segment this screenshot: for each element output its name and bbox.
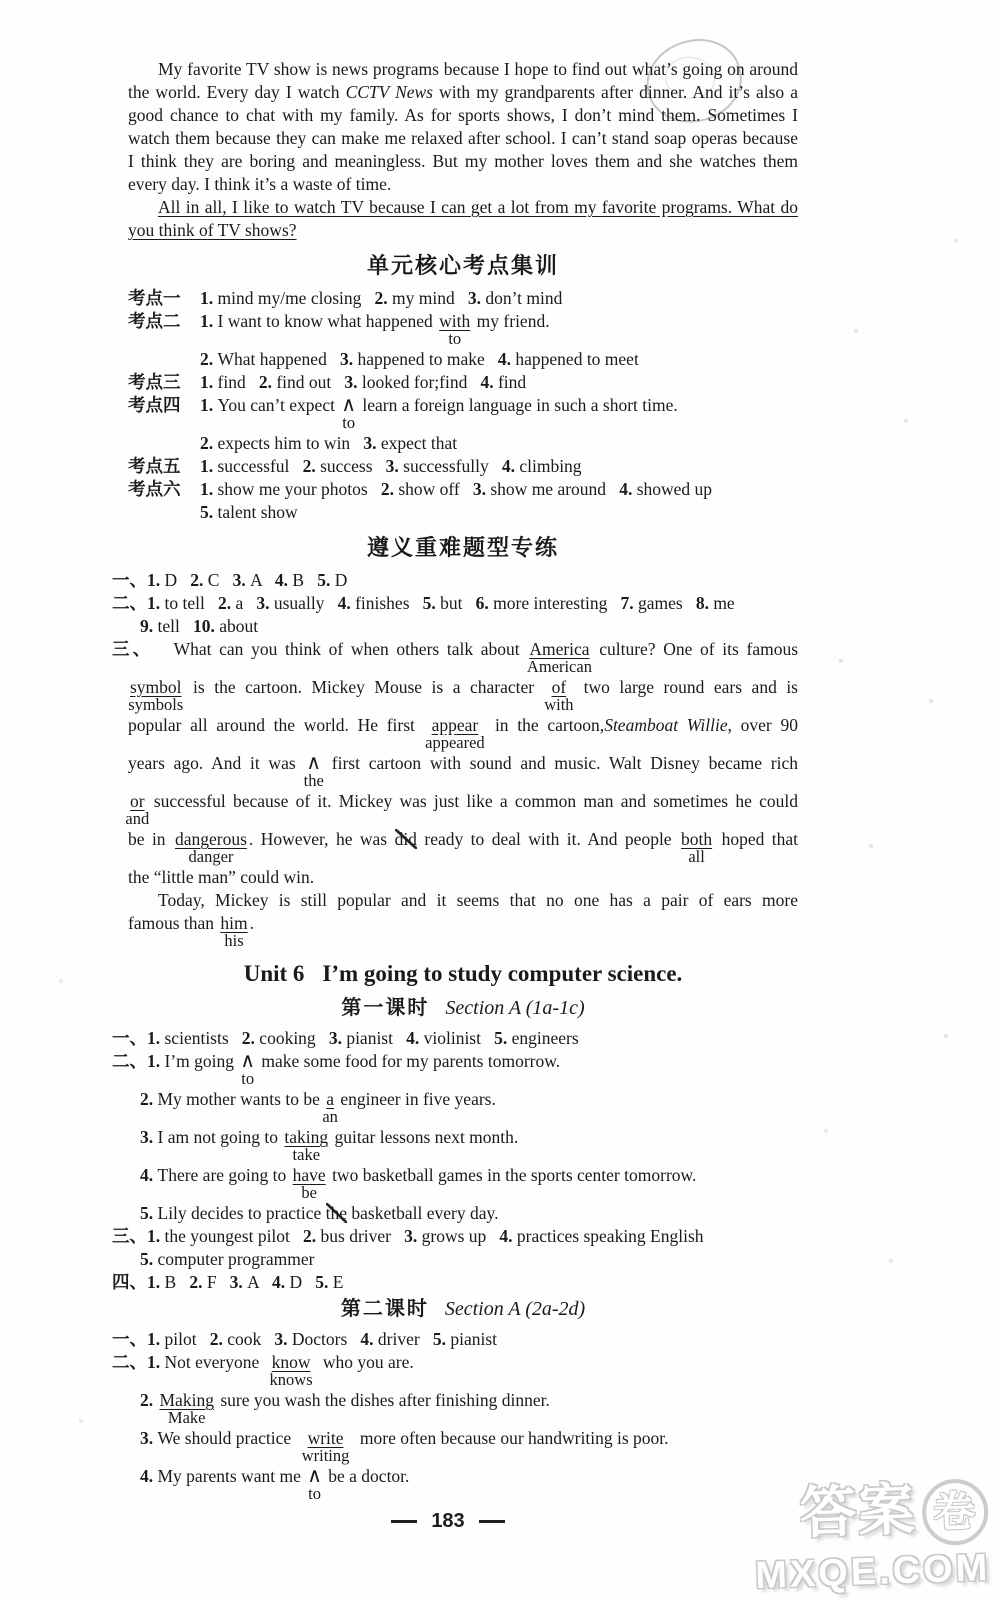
document-content: My favorite TV show is news programs bec… bbox=[128, 58, 798, 1503]
marked-word: both bbox=[681, 829, 712, 849]
marked-word: know bbox=[272, 1352, 311, 1372]
item-number: 3. bbox=[404, 1226, 422, 1246]
text-segment: successful bbox=[218, 456, 303, 476]
text-segment: B bbox=[165, 1272, 190, 1292]
lesson-name-en: Section A (2a-2d) bbox=[445, 1298, 585, 1320]
text-segment: . However, he was bbox=[249, 829, 395, 849]
text-segment: expects him to win bbox=[218, 433, 364, 453]
text-segment: showed up bbox=[637, 479, 712, 499]
text-segment: guitar lessons next month. bbox=[330, 1127, 518, 1147]
text-segment: D bbox=[165, 570, 191, 590]
text-line: be in dangerousdanger. However, he was d… bbox=[128, 828, 798, 866]
item-number: 5. bbox=[433, 1329, 451, 1349]
item-number: 三、 bbox=[112, 639, 154, 659]
item-number: 3. bbox=[340, 349, 358, 369]
item-number: 4. bbox=[275, 570, 293, 590]
text-segment: popular all around the world. He first bbox=[128, 715, 424, 735]
corrected-word: AmericaAmerican bbox=[529, 638, 589, 661]
text-segment: show me your photos bbox=[218, 479, 381, 499]
item-number: 5. bbox=[200, 502, 218, 522]
text-line: 3. We should practice writewriting more … bbox=[140, 1427, 798, 1465]
corrected-word: writewriting bbox=[308, 1427, 344, 1450]
text-line: 3. I am not going to takingtake guitar l… bbox=[140, 1126, 798, 1164]
scan-noise bbox=[0, 0, 2, 2]
text-segment: grows up bbox=[422, 1226, 500, 1246]
correction-text: with bbox=[544, 697, 573, 713]
lesson-name-en: Section A (1a-1c) bbox=[445, 997, 584, 1019]
item-number: 3. bbox=[233, 570, 251, 590]
text-segment: looked for;find bbox=[362, 372, 481, 392]
item-number: 4. bbox=[406, 1028, 424, 1048]
text-segment: Lily decides to practice bbox=[158, 1203, 326, 1223]
text-segment: show me around bbox=[490, 479, 619, 499]
lesson-name-cn: 第一课时 bbox=[341, 997, 429, 1019]
item-number: 3. bbox=[363, 433, 381, 453]
watermark-brand: 答案卷 bbox=[752, 1477, 989, 1552]
marked-word: or bbox=[130, 791, 145, 811]
marked-word: write bbox=[308, 1428, 344, 1448]
text-segment: is the cartoon. Mickey Mouse is a charac… bbox=[184, 677, 544, 697]
watermark-brand-circle-icon: 卷 bbox=[921, 1478, 989, 1546]
text-segment: You can’t expect bbox=[218, 395, 340, 415]
text-segment: happened to meet bbox=[515, 349, 638, 369]
marked-word: dangerous bbox=[175, 829, 247, 849]
text-segment: scientists bbox=[165, 1028, 242, 1048]
correction-text: to bbox=[448, 331, 461, 347]
text-segment: two large round ears and is bbox=[574, 677, 798, 697]
item-number: 2. bbox=[303, 1226, 321, 1246]
item-number: 2. bbox=[140, 1390, 158, 1410]
text-segment: the “little man” could win. bbox=[128, 867, 314, 887]
text-segment: My favorite TV show is news programs bec… bbox=[158, 59, 798, 79]
heading-section: 单元核心考点集训 bbox=[128, 252, 798, 279]
text-line: 考点六1. show me your photos 2. show off 3.… bbox=[128, 478, 798, 501]
item-number: 1. bbox=[147, 1051, 165, 1071]
item-number: 2. bbox=[189, 1272, 207, 1292]
list-label: 考点五 bbox=[128, 455, 200, 478]
item-number: 9. bbox=[140, 616, 158, 636]
text-line: years ago. And it was ∧the first cartoon… bbox=[128, 752, 798, 790]
heading-section: 遵义重难题型专练 bbox=[128, 534, 798, 561]
text-line: 考点三1. find 2. find out 3. looked for;fin… bbox=[128, 371, 798, 394]
text-line: 四、1. B 2. F 3. A 4. D 5. E bbox=[112, 1271, 798, 1294]
text-segment: expect that bbox=[381, 433, 457, 453]
item-number: 4. bbox=[272, 1272, 290, 1292]
text-segment: find out bbox=[276, 372, 344, 392]
correction-text: be bbox=[301, 1185, 317, 1201]
lesson-name-cn: 第二课时 bbox=[341, 1298, 429, 1320]
corrected-word: havebe bbox=[293, 1164, 326, 1187]
text-segment: my mind bbox=[392, 288, 468, 308]
text-segment: me bbox=[713, 593, 734, 613]
text-segment: A bbox=[250, 570, 275, 590]
item-number: 1. bbox=[147, 570, 165, 590]
text-segment: every day. I think it’s a waste of time. bbox=[128, 174, 391, 194]
text-segment: don’t mind bbox=[485, 288, 562, 308]
item-number: 4. bbox=[140, 1165, 158, 1185]
item-number: 一、 bbox=[112, 570, 147, 590]
watermark-brand-text: 答案 bbox=[799, 1477, 917, 1544]
item-number: 1. bbox=[147, 593, 165, 613]
text-segment: famous than bbox=[128, 913, 218, 933]
text-segment: two basketball games in the sports cente… bbox=[328, 1165, 697, 1185]
item-number: 3. bbox=[274, 1329, 292, 1349]
item-number: 4. bbox=[140, 1466, 158, 1486]
text-segment: usually bbox=[274, 593, 338, 613]
item-number: 3. bbox=[473, 479, 491, 499]
item-number: 2. bbox=[210, 1329, 228, 1349]
insertion-caret: ∧to bbox=[341, 394, 356, 417]
footer-dash-right bbox=[479, 1520, 505, 1523]
text-segment: Steamboat Willie bbox=[604, 715, 727, 735]
text-line: 4. My parents want me ∧to be a doctor. bbox=[140, 1465, 798, 1503]
text-segment: , over 90 bbox=[728, 715, 798, 735]
text-segment: engineer in five years. bbox=[336, 1089, 496, 1109]
item-number: 3. bbox=[140, 1428, 158, 1448]
text-segment: C bbox=[208, 570, 233, 590]
text-line: the world. Every day I watch CCTV News w… bbox=[128, 81, 798, 104]
text-segment: B bbox=[292, 570, 317, 590]
item-number: 四、 bbox=[112, 1272, 147, 1292]
text-segment: ready to deal with it. And people bbox=[417, 829, 679, 849]
list-label: 考点六 bbox=[128, 478, 200, 501]
item-number: 二、 bbox=[112, 1352, 147, 1372]
correction-text: all bbox=[688, 849, 705, 865]
list-label: 考点四 bbox=[128, 394, 200, 417]
deleted-word: did bbox=[395, 829, 417, 849]
corrected-word: himhis bbox=[220, 912, 247, 935]
text-segment: I am not going to bbox=[158, 1127, 283, 1147]
item-number: 3. bbox=[386, 456, 404, 476]
text-segment: What can you think of when others talk a… bbox=[174, 639, 528, 659]
correction-text: to bbox=[241, 1071, 254, 1087]
text-segment: Doctors bbox=[292, 1329, 361, 1349]
marked-word: of bbox=[552, 677, 567, 697]
correction-text: and bbox=[125, 811, 149, 827]
text-segment: D bbox=[335, 570, 348, 590]
text-line: popular all around the world. He first a… bbox=[128, 714, 798, 752]
correction-text: Make bbox=[168, 1410, 206, 1426]
item-number: 3. bbox=[230, 1272, 248, 1292]
text-segment: a bbox=[235, 593, 256, 613]
heading-unit: Unit 6I’m going to study computer scienc… bbox=[128, 959, 798, 989]
item-number: 4. bbox=[360, 1329, 378, 1349]
heading-lesson: 第一课时Section A (1a-1c) bbox=[128, 995, 798, 1021]
item-number: 2. bbox=[190, 570, 208, 590]
item-number: 2. bbox=[259, 372, 277, 392]
page-number: 183 bbox=[431, 1510, 464, 1533]
item-number: 1. bbox=[200, 311, 218, 331]
text-segment: cooking bbox=[259, 1028, 329, 1048]
marked-word: with bbox=[439, 311, 470, 331]
item-number: 1. bbox=[200, 395, 218, 415]
text-segment: driver bbox=[378, 1329, 433, 1349]
text-line: I think they are boring and meaningless.… bbox=[128, 150, 798, 173]
list-label: 考点二 bbox=[128, 310, 200, 333]
text-segment: Not everyone bbox=[165, 1352, 264, 1372]
text-segment: hoped that bbox=[714, 829, 798, 849]
correction-text: take bbox=[293, 1147, 320, 1163]
list-label: 考点三 bbox=[128, 371, 200, 394]
item-number: 2. bbox=[375, 288, 393, 308]
item-number: 4. bbox=[619, 479, 637, 499]
correction-text: American bbox=[527, 659, 592, 675]
deleted-word: the bbox=[326, 1203, 347, 1223]
text-line: 考点二1. I want to know what happened witht… bbox=[128, 310, 798, 348]
item-number: 一、 bbox=[112, 1329, 147, 1349]
text-segment: pianist bbox=[346, 1028, 406, 1048]
item-number: 4. bbox=[499, 1226, 517, 1246]
item-number: 5. bbox=[423, 593, 441, 613]
text-segment: My mother wants to be bbox=[158, 1089, 325, 1109]
text-line: good chance to chat with my family. As f… bbox=[128, 104, 798, 127]
item-number: 6. bbox=[476, 593, 494, 613]
unit-number: Unit 6 bbox=[244, 961, 305, 986]
correction-text: symbols bbox=[128, 697, 183, 713]
text-segment: I want to know what happened bbox=[218, 311, 438, 331]
text-segment: E bbox=[333, 1272, 344, 1292]
text-segment: There are going to bbox=[158, 1165, 291, 1185]
marked-word: a bbox=[326, 1089, 334, 1109]
correction-text: his bbox=[224, 933, 243, 949]
corrected-word: withto bbox=[439, 310, 470, 333]
text-line: Today, Mickey is still popular and it se… bbox=[128, 889, 798, 912]
corrected-word: MakingMake bbox=[160, 1389, 214, 1412]
text-segment: who you are. bbox=[319, 1352, 414, 1372]
text-line: 2. What happened 3. happened to make 4. … bbox=[200, 348, 798, 371]
text-segment: My parents want me bbox=[158, 1466, 306, 1486]
text-line: the “little man” could win. bbox=[128, 866, 798, 889]
text-line: 2. MakingMake sure you wash the dishes a… bbox=[140, 1389, 798, 1427]
text-segment: finishes bbox=[355, 593, 423, 613]
item-number: 二、 bbox=[112, 1051, 147, 1071]
corrected-word: ofwith bbox=[552, 676, 567, 699]
text-segment: first cartoon with sound and music. Walt… bbox=[323, 753, 798, 773]
text-line: 9. tell 10. about bbox=[140, 615, 798, 638]
correction-text: the bbox=[304, 773, 324, 789]
item-number: 1. bbox=[147, 1028, 165, 1048]
text-line: watch them because they can make me rela… bbox=[128, 127, 798, 150]
item-number: 3. bbox=[344, 372, 362, 392]
text-line: orand successful because of it. Mickey w… bbox=[128, 790, 798, 828]
marked-word: taking bbox=[284, 1127, 328, 1147]
item-number: 1. bbox=[147, 1329, 165, 1349]
scanned-page: My favorite TV show is news programs bec… bbox=[0, 0, 995, 1600]
text-segment: but bbox=[440, 593, 476, 613]
item-number: 3. bbox=[468, 288, 486, 308]
text-line: every day. I think it’s a waste of time. bbox=[128, 173, 798, 196]
text-segment: more interesting bbox=[493, 593, 620, 613]
item-number: 1. bbox=[200, 372, 218, 392]
text-segment: We should practice bbox=[158, 1428, 296, 1448]
text-segment: F bbox=[207, 1272, 230, 1292]
marked-word: America bbox=[529, 639, 589, 659]
corrected-word: dangerousdanger bbox=[175, 828, 247, 851]
corrected-word: knowknows bbox=[272, 1351, 311, 1374]
corrected-word: aan bbox=[326, 1088, 334, 1111]
item-number: 4. bbox=[498, 349, 516, 369]
item-number: 一、 bbox=[112, 1028, 147, 1048]
item-number: 4. bbox=[502, 456, 520, 476]
correction-text: appeared bbox=[425, 735, 485, 751]
text-segment: culture? One of its famous bbox=[592, 639, 798, 659]
text-line: you think of TV shows? bbox=[128, 219, 798, 242]
text-segment: find bbox=[218, 372, 259, 392]
text-segment: bus driver bbox=[321, 1226, 405, 1246]
text-segment: I’m going bbox=[165, 1051, 239, 1071]
corrected-word: bothall bbox=[681, 828, 712, 851]
text-line: 一、1. pilot 2. cook 3. Doctors 4. driver … bbox=[112, 1328, 798, 1351]
text-segment: more often because our handwriting is po… bbox=[356, 1428, 669, 1448]
item-number: 2. bbox=[200, 433, 218, 453]
watermark: 答案卷 MXQE.COM bbox=[752, 1477, 991, 1598]
footer-dash-left bbox=[391, 1520, 417, 1523]
correction-text: to bbox=[308, 1486, 321, 1502]
text-line: 考点五1. successful 2. success 3. successfu… bbox=[128, 455, 798, 478]
text-segment: . bbox=[250, 913, 254, 933]
item-number: 2. bbox=[242, 1028, 260, 1048]
text-segment: the youngest pilot bbox=[165, 1226, 304, 1246]
text-segment: I think they are boring and meaningless.… bbox=[128, 151, 798, 171]
text-segment: watch them because they can make me rela… bbox=[128, 128, 798, 148]
text-segment: What happened bbox=[218, 349, 340, 369]
text-segment: learn a foreign language in such a short… bbox=[358, 395, 678, 415]
text-segment: pianist bbox=[450, 1329, 497, 1349]
text-segment: sure you wash the dishes after finishing… bbox=[216, 1390, 550, 1410]
marked-word: symbol bbox=[130, 677, 182, 697]
text-segment: years ago. And it was bbox=[128, 753, 304, 773]
text-segment: cook bbox=[227, 1329, 274, 1349]
marked-word: him bbox=[220, 913, 247, 933]
text-segment: engineers bbox=[512, 1028, 579, 1048]
text-line: 5. Lily decides to practice the basketba… bbox=[140, 1202, 798, 1225]
text-line: 二、1. to tell 2. a 3. usually 4. finishes… bbox=[112, 592, 798, 615]
text-segment: tell bbox=[158, 616, 193, 636]
text-line: My favorite TV show is news programs bec… bbox=[128, 58, 798, 81]
unit-title: I’m going to study computer science. bbox=[322, 961, 682, 986]
text-line: 5. computer programmer bbox=[140, 1248, 798, 1271]
text-segment: A bbox=[247, 1272, 272, 1292]
text-segment: games bbox=[638, 593, 696, 613]
text-segment: success bbox=[320, 456, 386, 476]
correction-text: danger bbox=[189, 849, 234, 865]
item-number: 三、 bbox=[112, 1226, 147, 1246]
item-number: 2. bbox=[200, 349, 218, 369]
text-line: 考点四1. You can’t expect ∧to learn a forei… bbox=[128, 394, 798, 432]
text-segment: successful because of it. Mickey was jus… bbox=[147, 791, 798, 811]
insertion-caret: ∧to bbox=[240, 1050, 255, 1073]
text-line: 三、What can you think of when others talk… bbox=[112, 638, 798, 676]
item-number: 3. bbox=[256, 593, 274, 613]
text-segment: talent show bbox=[218, 502, 298, 522]
item-number: 3. bbox=[140, 1127, 158, 1147]
text-segment: successfully bbox=[403, 456, 502, 476]
text-segment: CCTV News bbox=[346, 82, 433, 102]
watermark-site: MXQE.COM bbox=[754, 1546, 991, 1598]
item-number: 5. bbox=[494, 1028, 512, 1048]
marked-word: have bbox=[293, 1165, 326, 1185]
text-segment: make some food for my parents tomorrow. bbox=[257, 1051, 560, 1071]
correction-text: to bbox=[342, 415, 355, 431]
text-segment: climbing bbox=[519, 456, 581, 476]
text-segment: be in bbox=[128, 829, 173, 849]
text-segment: to tell bbox=[165, 593, 218, 613]
item-number: 5. bbox=[317, 570, 335, 590]
item-number: 5. bbox=[140, 1203, 158, 1223]
item-number: 4. bbox=[338, 593, 356, 613]
text-segment: my friend. bbox=[472, 311, 549, 331]
text-segment: practices speaking English bbox=[517, 1226, 704, 1246]
insertion-caret: ∧to bbox=[307, 1465, 322, 1488]
text-segment: you think of TV shows? bbox=[128, 220, 297, 240]
correction-text: writing bbox=[302, 1448, 350, 1464]
item-number: 4. bbox=[480, 372, 498, 392]
text-segment: the world. Every day I watch bbox=[128, 82, 346, 102]
text-segment: in the cartoon, bbox=[486, 715, 604, 735]
marked-word: appear bbox=[432, 715, 479, 735]
item-number: 8. bbox=[696, 593, 714, 613]
text-segment: about bbox=[219, 616, 258, 636]
text-segment: pilot bbox=[165, 1329, 210, 1349]
item-number: 2. bbox=[381, 479, 399, 499]
text-segment: Today, Mickey is still popular and it se… bbox=[158, 890, 798, 910]
text-line: 2. My mother wants to be aan engineer in… bbox=[140, 1088, 798, 1126]
text-line: 4. There are going to havebe two basketb… bbox=[140, 1164, 798, 1202]
list-label: 考点一 bbox=[128, 287, 200, 310]
correction-text: knows bbox=[270, 1372, 313, 1388]
text-line: 二、1. I’m going ∧to make some food for my… bbox=[112, 1050, 798, 1088]
corrected-word: symbolsymbols bbox=[130, 676, 182, 699]
heading-lesson: 第二课时Section A (2a-2d) bbox=[128, 1296, 798, 1322]
item-number: 2. bbox=[218, 593, 236, 613]
text-segment: happened to make bbox=[357, 349, 497, 369]
text-line: famous than himhis. bbox=[128, 912, 798, 950]
marked-word: Making bbox=[160, 1390, 214, 1410]
text-segment: find bbox=[498, 372, 526, 392]
text-segment: violinist bbox=[424, 1028, 495, 1048]
insertion-caret: ∧the bbox=[306, 752, 321, 775]
text-segment: be a doctor. bbox=[324, 1466, 410, 1486]
item-number: 5. bbox=[140, 1249, 158, 1269]
corrected-word: orand bbox=[130, 790, 145, 813]
text-line: 二、1. Not everyone knowknows who you are. bbox=[112, 1351, 798, 1389]
text-segment: show off bbox=[398, 479, 473, 499]
text-line: 一、1. D 2. C 3. A 4. B 5. D bbox=[112, 569, 798, 592]
correction-text: an bbox=[322, 1109, 338, 1125]
item-number: 二、 bbox=[112, 593, 147, 613]
item-number: 1. bbox=[200, 288, 218, 308]
text-segment: basketball every day. bbox=[347, 1203, 498, 1223]
text-line: 一、1. scientists 2. cooking 3. pianist 4.… bbox=[112, 1027, 798, 1050]
text-segment: good chance to chat with my family. As f… bbox=[128, 105, 798, 125]
item-number: 7. bbox=[620, 593, 638, 613]
item-number: 5. bbox=[315, 1272, 333, 1292]
item-number: 1. bbox=[200, 456, 218, 476]
item-number: 10. bbox=[193, 616, 219, 636]
text-segment: mind my/me closing bbox=[218, 288, 375, 308]
corrected-word: appearappeared bbox=[432, 714, 479, 737]
text-line: All in all, I like to watch TV because I… bbox=[128, 196, 798, 219]
text-line: 考点一1. mind my/me closing 2. my mind 3. d… bbox=[128, 287, 798, 310]
item-number: 1. bbox=[147, 1226, 165, 1246]
text-segment: with my grandparents after dinner. And i… bbox=[433, 82, 798, 102]
item-number: 3. bbox=[329, 1028, 347, 1048]
text-line: 2. expects him to win 3. expect that bbox=[200, 432, 798, 455]
text-line: symbolsymbols is the cartoon. Mickey Mou… bbox=[128, 676, 798, 714]
text-segment: D bbox=[289, 1272, 315, 1292]
item-number: 2. bbox=[303, 456, 321, 476]
text-line: 三、1. the youngest pilot 2. bus driver 3.… bbox=[112, 1225, 798, 1248]
